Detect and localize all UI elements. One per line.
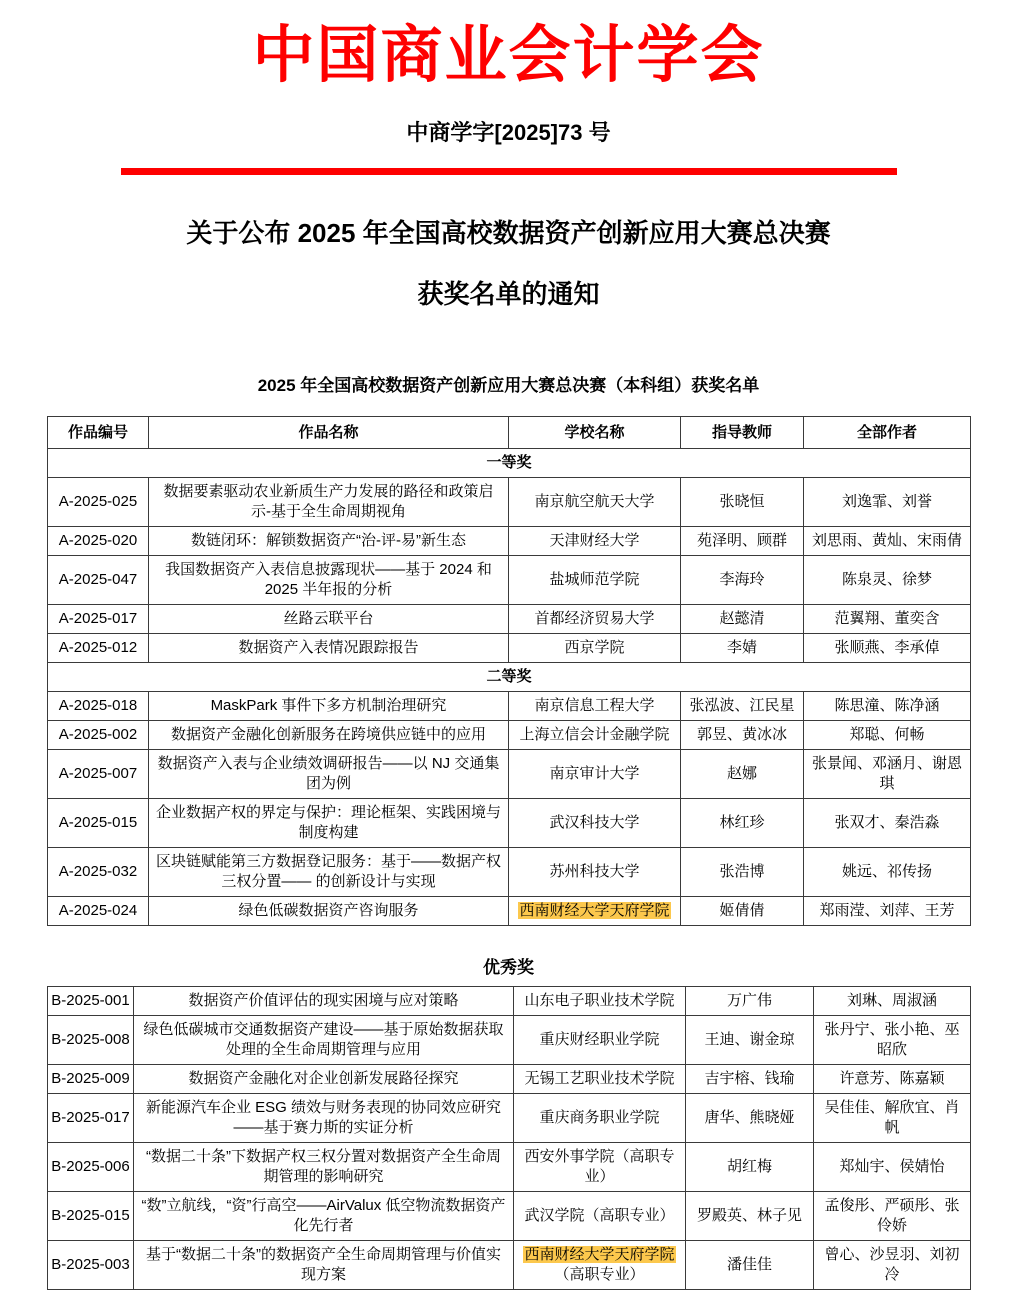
section-row-first-prize: 一等奖 xyxy=(48,449,971,478)
section-label: 二等奖 xyxy=(48,663,971,692)
cell-work-title: 数链闭环：解锁数据资产“治-评-易”新生态 xyxy=(149,527,509,556)
table-row: B-2025-001数据资产价值评估的现实困境与应对策略山东电子职业技术学院万广… xyxy=(48,987,971,1016)
cell-school: 首都经济贸易大学 xyxy=(509,605,681,634)
table-row: A-2025-002数据资产金融化创新服务在跨境供应链中的应用上海立信会计金融学… xyxy=(48,721,971,750)
cell-work-title: 数据资产价值评估的现实困境与应对策略 xyxy=(134,987,514,1016)
cell-entry-id: A-2025-020 xyxy=(48,527,149,556)
table-row: A-2025-015企业数据产权的界定与保护：理论框架、实践困境与制度构建武汉科… xyxy=(48,799,971,848)
cell-work-title: 丝路云联平台 xyxy=(149,605,509,634)
table-row: B-2025-003基于“数据二十条”的数据资产全生命周期管理与价值实现方案西南… xyxy=(48,1241,971,1290)
cell-work-title: 基于“数据二十条”的数据资产全生命周期管理与价值实现方案 xyxy=(134,1241,514,1290)
cell-school: 苏州科技大学 xyxy=(509,848,681,897)
cell-authors: 刘逸霏、刘誉 xyxy=(804,478,971,527)
cell-entry-id: B-2025-001 xyxy=(48,987,134,1016)
cell-school: 武汉学院（高职专业） xyxy=(514,1192,686,1241)
cell-work-title: “数据二十条”下数据产权三权分置对数据资产全生命周期管理的影响研究 xyxy=(134,1143,514,1192)
table-row: A-2025-020数链闭环：解锁数据资产“治-评-易”新生态天津财经大学苑泽明… xyxy=(48,527,971,556)
cell-teacher: 潘佳佳 xyxy=(686,1241,814,1290)
org-title: 中国商业会计学会 xyxy=(47,20,970,91)
cell-entry-id: A-2025-018 xyxy=(48,692,149,721)
cell-school: 山东电子职业技术学院 xyxy=(514,987,686,1016)
cell-work-title: 数据要素驱动农业新质生产力发展的路径和政策启示-基于全生命周期视角 xyxy=(149,478,509,527)
red-divider-rule xyxy=(121,168,897,175)
table-row: B-2025-008绿色低碳城市交通数据资产建设——基于原始数据获取处理的全生命… xyxy=(48,1016,971,1065)
cell-teacher: 郭昱、黄冰冰 xyxy=(681,721,804,750)
cell-school: 西安外事学院（高职专业） xyxy=(514,1143,686,1192)
notice-title-line2: 获奖名单的通知 xyxy=(47,264,970,325)
section-label: 一等奖 xyxy=(48,449,971,478)
cell-school: 上海立信会计金融学院 xyxy=(509,721,681,750)
cell-teacher: 罗殿英、林子见 xyxy=(686,1192,814,1241)
cell-entry-id: A-2025-024 xyxy=(48,897,149,926)
cell-work-title: 企业数据产权的界定与保护：理论框架、实践困境与制度构建 xyxy=(149,799,509,848)
table-row: B-2025-015“数”立航线，“资”行高空——AirValux 低空物流数据… xyxy=(48,1192,971,1241)
cell-teacher: 张浩博 xyxy=(681,848,804,897)
table-row: A-2025-024绿色低碳数据资产咨询服务西南财经大学天府学院姬倩倩郑雨滢、刘… xyxy=(48,897,971,926)
cell-school: 西南财经大学天府学院（高职专业） xyxy=(514,1241,686,1290)
table-row: B-2025-006“数据二十条”下数据产权三权分置对数据资产全生命周期管理的影… xyxy=(48,1143,971,1192)
cell-entry-id: A-2025-002 xyxy=(48,721,149,750)
cell-entry-id: A-2025-017 xyxy=(48,605,149,634)
cell-work-title: 新能源汽车企业 ESG 绩效与财务表现的协同效应研究——基于赛力斯的实证分析 xyxy=(134,1094,514,1143)
cell-teacher: 姬倩倩 xyxy=(681,897,804,926)
cell-entry-id: A-2025-007 xyxy=(48,750,149,799)
cell-authors: 刘琳、周淑涵 xyxy=(814,987,971,1016)
cell-authors: 郑雨滢、刘萍、王芳 xyxy=(804,897,971,926)
cell-teacher: 李海玲 xyxy=(681,556,804,605)
cell-teacher: 唐华、熊晓娅 xyxy=(686,1094,814,1143)
cell-entry-id: A-2025-015 xyxy=(48,799,149,848)
column-header-entry-id: 作品编号 xyxy=(48,417,149,449)
cell-authors: 张景闻、邓涵月、谢恩琪 xyxy=(804,750,971,799)
cell-authors: 吴佳佳、解欣宜、肖帆 xyxy=(814,1094,971,1143)
cell-school: 南京信息工程大学 xyxy=(509,692,681,721)
cell-authors: 孟俊彤、严硕彤、张伶娇 xyxy=(814,1192,971,1241)
cell-authors: 许意芳、陈嘉颖 xyxy=(814,1065,971,1094)
cell-authors: 陈思潼、陈净涵 xyxy=(804,692,971,721)
cell-entry-id: B-2025-017 xyxy=(48,1094,134,1143)
cell-teacher: 张泓波、江民星 xyxy=(681,692,804,721)
cell-authors: 刘思雨、黄灿、宋雨倩 xyxy=(804,527,971,556)
cell-authors: 姚远、祁传扬 xyxy=(804,848,971,897)
cell-teacher: 万广伟 xyxy=(686,987,814,1016)
cell-entry-id: B-2025-008 xyxy=(48,1016,134,1065)
cell-entry-id: B-2025-009 xyxy=(48,1065,134,1094)
notice-title: 关于公布 2025 年全国高校数据资产创新应用大赛总决赛 获奖名单的通知 xyxy=(47,203,970,325)
cell-work-title: 绿色低碳数据资产咨询服务 xyxy=(149,897,509,926)
cell-work-title: 数据资产入表与企业绩效调研报告——以 NJ 交通集团为例 xyxy=(149,750,509,799)
cell-work-title: MaskPark 事件下多方机制治理研究 xyxy=(149,692,509,721)
column-header-authors: 全部作者 xyxy=(804,417,971,449)
undergraduate-award-table: 作品编号 作品名称 学校名称 指导教师 全部作者 一等奖A-2025-025数据… xyxy=(47,416,971,926)
cell-work-title: 数据资产金融化创新服务在跨境供应链中的应用 xyxy=(149,721,509,750)
cell-entry-id: B-2025-015 xyxy=(48,1192,134,1241)
cell-school: 盐城师范学院 xyxy=(509,556,681,605)
table-row: A-2025-032区块链赋能第三方数据登记服务：基于——数据产权三权分置—— … xyxy=(48,848,971,897)
cell-authors: 陈泉灵、徐梦 xyxy=(804,556,971,605)
cell-entry-id: A-2025-012 xyxy=(48,634,149,663)
table-row: B-2025-009数据资产金融化对企业创新发展路径探究无锡工艺职业技术学院吉宇… xyxy=(48,1065,971,1094)
cell-teacher: 赵懿清 xyxy=(681,605,804,634)
cell-school: 西南财经大学天府学院 xyxy=(509,897,681,926)
notice-title-line1: 关于公布 2025 年全国高校数据资产创新应用大赛总决赛 xyxy=(47,203,970,264)
cell-teacher: 张晓恒 xyxy=(681,478,804,527)
cell-teacher: 王迪、谢金琼 xyxy=(686,1016,814,1065)
table-row: A-2025-012数据资产入表情况跟踪报告西京学院李婧张顺燕、李承倬 xyxy=(48,634,971,663)
excellence-award-table: B-2025-001数据资产价值评估的现实困境与应对策略山东电子职业技术学院万广… xyxy=(47,986,971,1290)
cell-authors: 郑灿宇、侯婧怡 xyxy=(814,1143,971,1192)
document-page: 中国商业会计学会 中商学字[2025]73 号 关于公布 2025 年全国高校数… xyxy=(0,0,1017,1308)
table-row: A-2025-017丝路云联平台首都经济贸易大学赵懿清范翼翔、董奕含 xyxy=(48,605,971,634)
cell-school: 南京航空航天大学 xyxy=(509,478,681,527)
highlighted-school: 西南财经大学天府学院 xyxy=(518,902,670,919)
cell-authors: 范翼翔、董奕含 xyxy=(804,605,971,634)
cell-entry-id: B-2025-006 xyxy=(48,1143,134,1192)
doc-number: 中商学字[2025]73 号 xyxy=(47,116,970,147)
excellence-award-caption: 优秀奖 xyxy=(47,953,970,978)
table-row: A-2025-047我国数据资产入表信息披露现状——基于 2024 和 2025… xyxy=(48,556,971,605)
table-row: A-2025-025数据要素驱动农业新质生产力发展的路径和政策启示-基于全生命周… xyxy=(48,478,971,527)
column-header-school: 学校名称 xyxy=(509,417,681,449)
cell-school: 南京审计大学 xyxy=(509,750,681,799)
cell-authors: 曾心、沙昱羽、刘初冷 xyxy=(814,1241,971,1290)
cell-school: 重庆商务职业学院 xyxy=(514,1094,686,1143)
cell-teacher: 赵娜 xyxy=(681,750,804,799)
cell-work-title: 绿色低碳城市交通数据资产建设——基于原始数据获取处理的全生命周期管理与应用 xyxy=(134,1016,514,1065)
cell-authors: 张顺燕、李承倬 xyxy=(804,634,971,663)
cell-school: 武汉科技大学 xyxy=(509,799,681,848)
cell-school: 天津财经大学 xyxy=(509,527,681,556)
cell-teacher: 苑泽明、顾群 xyxy=(681,527,804,556)
column-header-work-title: 作品名称 xyxy=(149,417,509,449)
cell-work-title: 数据资产入表情况跟踪报告 xyxy=(149,634,509,663)
table-row: B-2025-017新能源汽车企业 ESG 绩效与财务表现的协同效应研究——基于… xyxy=(48,1094,971,1143)
table-row: A-2025-018MaskPark 事件下多方机制治理研究南京信息工程大学张泓… xyxy=(48,692,971,721)
cell-authors: 郑聪、何畅 xyxy=(804,721,971,750)
cell-authors: 张丹宁、张小艳、巫昭欣 xyxy=(814,1016,971,1065)
cell-entry-id: A-2025-047 xyxy=(48,556,149,605)
section-row-second-prize: 二等奖 xyxy=(48,663,971,692)
cell-work-title: 我国数据资产入表信息披露现状——基于 2024 和 2025 半年报的分析 xyxy=(149,556,509,605)
cell-school: 重庆财经职业学院 xyxy=(514,1016,686,1065)
cell-teacher: 林红珍 xyxy=(681,799,804,848)
column-header-teacher: 指导教师 xyxy=(681,417,804,449)
table-row: A-2025-007数据资产入表与企业绩效调研报告——以 NJ 交通集团为例南京… xyxy=(48,750,971,799)
cell-work-title: “数”立航线，“资”行高空——AirValux 低空物流数据资产化先行者 xyxy=(134,1192,514,1241)
cell-authors: 张双才、秦浩淼 xyxy=(804,799,971,848)
cell-school: 西京学院 xyxy=(509,634,681,663)
undergraduate-table-caption: 2025 年全国高校数据资产创新应用大赛总决赛（本科组）获奖名单 xyxy=(47,371,970,396)
cell-teacher: 李婧 xyxy=(681,634,804,663)
cell-teacher: 胡红梅 xyxy=(686,1143,814,1192)
cell-teacher: 吉宇榕、钱瑜 xyxy=(686,1065,814,1094)
cell-school: 无锡工艺职业技术学院 xyxy=(514,1065,686,1094)
highlighted-school: 西南财经大学天府学院 xyxy=(523,1246,675,1263)
cell-work-title: 区块链赋能第三方数据登记服务：基于——数据产权三权分置—— 的创新设计与实现 xyxy=(149,848,509,897)
cell-entry-id: A-2025-032 xyxy=(48,848,149,897)
cell-work-title: 数据资产金融化对企业创新发展路径探究 xyxy=(134,1065,514,1094)
cell-entry-id: A-2025-025 xyxy=(48,478,149,527)
table-header-row: 作品编号 作品名称 学校名称 指导教师 全部作者 xyxy=(48,417,971,449)
cell-entry-id: B-2025-003 xyxy=(48,1241,134,1290)
